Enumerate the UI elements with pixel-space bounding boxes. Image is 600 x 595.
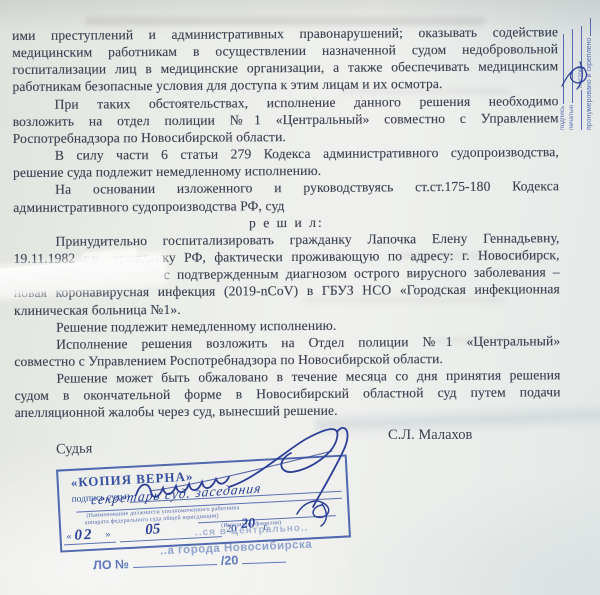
judge-label: Судья [56, 441, 93, 459]
open-quote: « [66, 531, 72, 542]
case-year: /20 [221, 553, 239, 568]
month-line [120, 536, 222, 542]
binding-sheets-label: листов [576, 0, 585, 130]
binding-seal-label: печатью [567, 0, 576, 130]
paragraph: При таких обстоятельствах, исполнение да… [12, 92, 558, 147]
document-body: ими преступлений и административных прав… [12, 23, 561, 421]
case-label: ЛО № [93, 557, 129, 572]
copy-verna-stamp: «КОПИЯ ВЕРНА» подпись судьи секретарь су… [56, 454, 351, 552]
paragraph: На основании изложенного и руководствуяс… [13, 178, 559, 216]
binding-main-label: пронумеровано и скреплено [585, 0, 594, 130]
paragraph: Решение может быть обжаловано в течение … [14, 366, 560, 421]
binding-signature-label: подпись [558, 0, 567, 130]
binding-stamp: подпись печатью листов пронумеровано и с… [558, 0, 598, 130]
scanned-court-decision: ими преступлений и административных прав… [0, 0, 600, 595]
case-number-blank [133, 553, 217, 568]
paragraph: ими преступлений и административных прав… [12, 23, 558, 95]
year-handwritten: 20 [241, 516, 256, 533]
case-number-line: ЛО №/20 [93, 551, 287, 573]
case-year-blank [242, 551, 286, 565]
day-line [64, 542, 116, 546]
year-suffix: г. [263, 522, 269, 533]
close-quote: » [105, 529, 111, 540]
judge-name: С.Л. Малахов [388, 427, 472, 444]
paragraph: Исполнение решения возложить на Отдел по… [14, 332, 560, 370]
date-month-handwritten: 05 [145, 521, 161, 539]
paragraph: В силу части 6 статьи 279 Кодекса админи… [13, 143, 559, 181]
year-printed: 20 [226, 523, 237, 535]
